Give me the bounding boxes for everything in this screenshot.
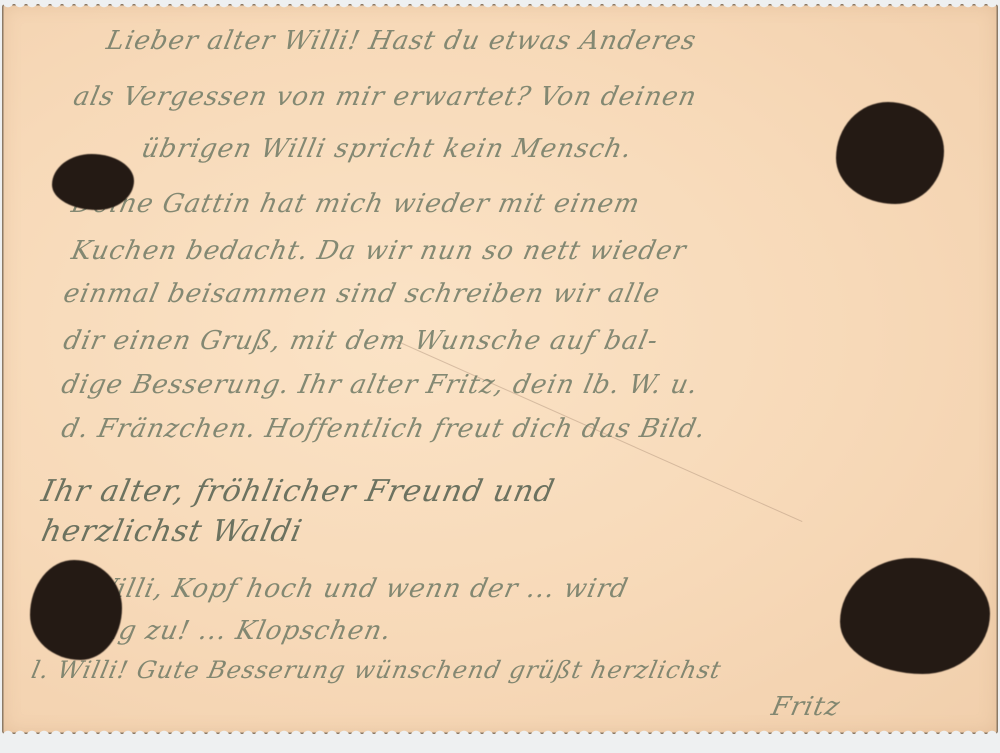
handwritten-line: Lieber alter Willi! Hast du etwas Andere… [104,26,699,56]
handwritten-line: Kuchen bedacht. Da wir nun so nett wiede… [69,236,689,266]
glue-stain [52,154,134,210]
handwritten-line: l. Willi, Kopf hoch und wenn der ... wir… [59,574,631,604]
handwritten-line: dir einen Gruß, mit dem Wunsche auf bal- [61,326,661,356]
glue-stain [30,560,122,660]
handwritten-line: l. Willi! Gute Besserung wünschend grüßt… [29,656,724,684]
deckled-edge-bottom [2,727,998,735]
handwritten-line: übrigen Willi spricht kein Mensch. [139,134,635,164]
handwritten-line: Deine Gattin hat mich wieder mit einem [69,189,643,219]
handwritten-line: als Vergessen von mir erwartet? Von dein… [71,82,700,112]
handwritten-line: Fritz [769,692,843,722]
postcard: Lieber alter Willi! Hast du etwas Andere… [2,4,998,734]
handwritten-line: einmal beisammen sind schreiben wir alle [61,279,663,309]
handwritten-line: herzlichst Waldi [38,514,305,549]
deckled-edge-top [2,3,998,11]
handwritten-line: dige Besserung. Ihr alter Fritz, dein lb… [59,370,701,400]
handwritten-line: d. Fränzchen. Hoffentlich freut dich das… [59,414,709,444]
handwritten-line: Ihr alter, fröhlicher Freund und [38,474,558,509]
glue-stain [840,558,990,674]
handwritten-line: ...ig zu! ... Klopschen. [79,616,395,646]
glue-stain [836,102,944,204]
